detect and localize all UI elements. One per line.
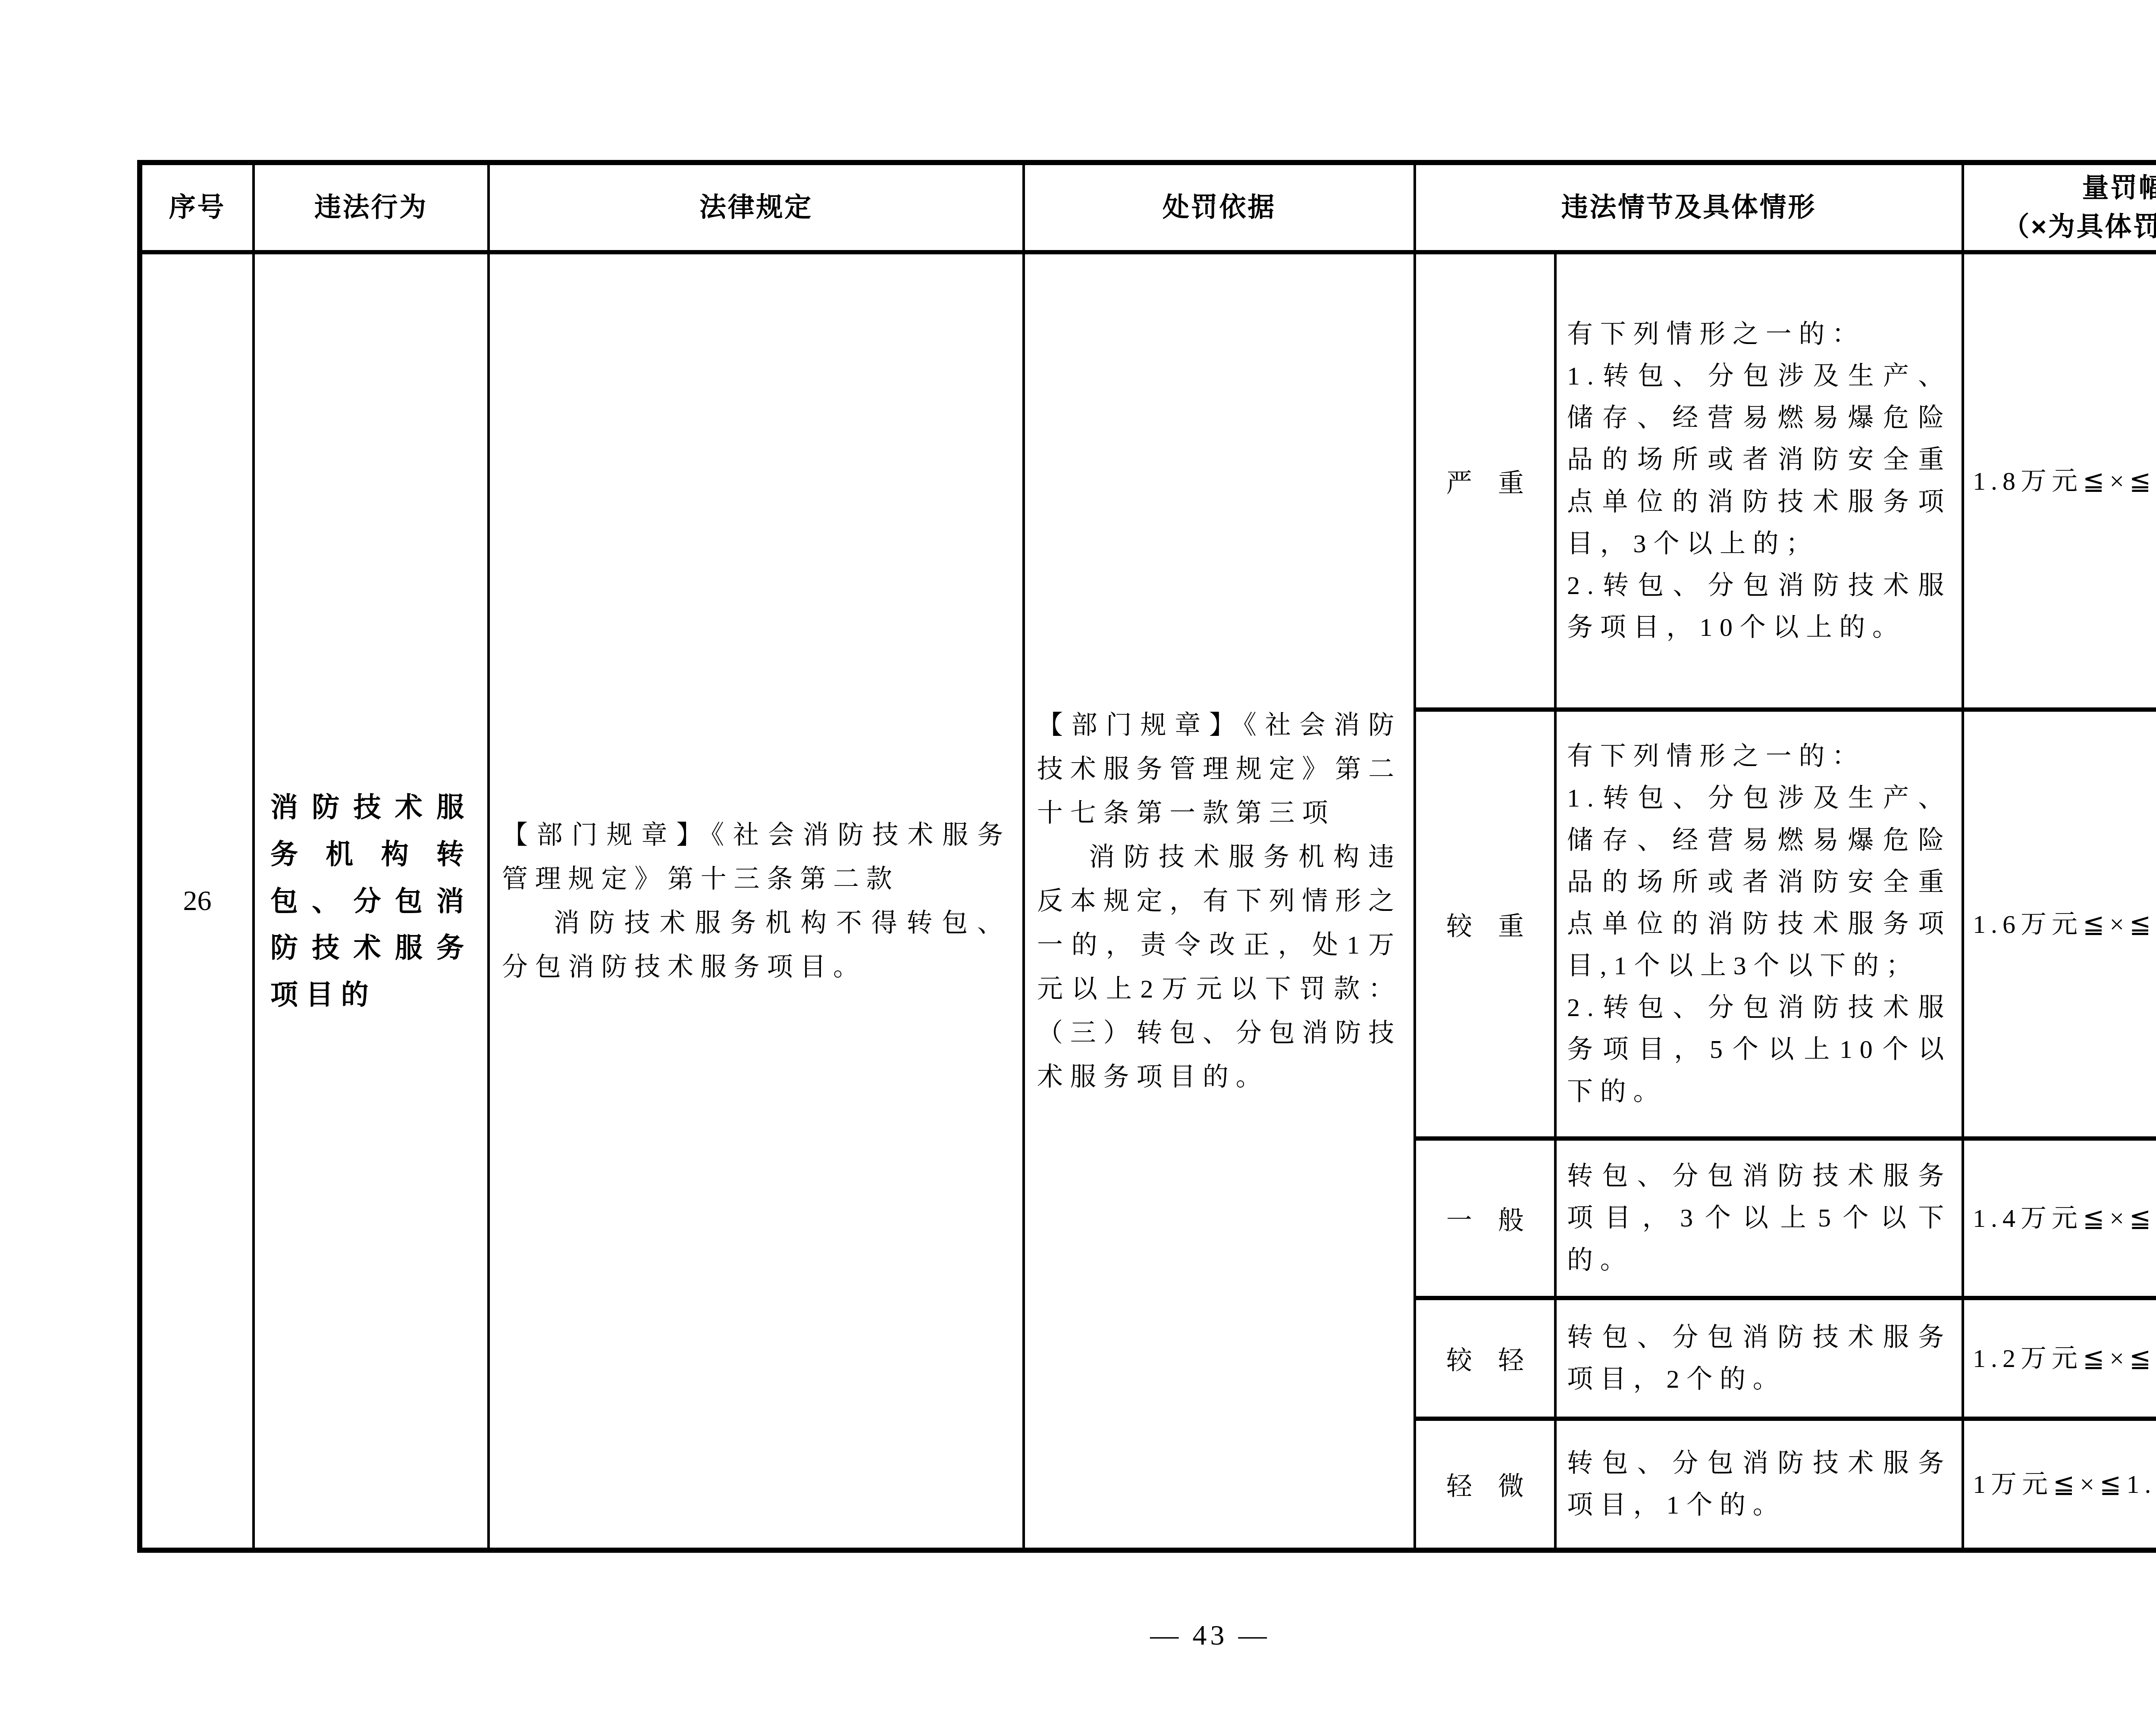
circumstance-desc-cell-lighter: 转包、分包消防技术服务项目，2个的。 <box>1557 1300 1964 1421</box>
illegal-act-text: 消防技术服务机构转包、分包消防技术服务项目的 <box>270 784 472 1018</box>
severity-level-cell-heavier: 较重 <box>1416 712 1557 1141</box>
header-illegal-act-label: 违法行为 <box>314 188 428 227</box>
header-penalty-range-line1: 量罚幅度 <box>2082 169 2156 208</box>
row-serial-number: 26 <box>183 885 212 917</box>
severity-level-cell-minor: 轻微 <box>1416 1421 1557 1548</box>
penalty-range-cell-lighter: 1.2万元≦×≦1.4万元 <box>1964 1300 2156 1421</box>
penalty-basis-cell: 【部门规章】《社会消防技术服务管理规定》第二十七条第一款第三项消防技术服务机构违… <box>1025 254 1416 1548</box>
penalty-range-severe: 1.8万元≦×≦2万元 <box>1973 460 2156 502</box>
severity-level-minor: 轻微 <box>1446 1466 1550 1503</box>
penalty-range-heavier: 1.6万元≦×≦1.8万元 <box>1973 904 2156 945</box>
severity-level-lighter: 较轻 <box>1446 1340 1550 1377</box>
header-penalty-range-line2: （×为具体罚款金额） <box>2002 208 2156 247</box>
circumstance-desc-cell-minor: 转包、分包消防技术服务项目，1个的。 <box>1557 1421 1964 1548</box>
severity-level-cell-severe: 严重 <box>1416 254 1557 712</box>
header-penalty-basis: 处罚依据 <box>1025 165 1416 254</box>
document-page: 序号 违法行为 法律规定 处罚依据 违法情节及具体情形 量罚幅度 （×为具体罚款… <box>0 0 2156 1711</box>
penalty-range-cell-severe: 1.8万元≦×≦2万元 <box>1964 254 2156 712</box>
circumstance-desc-cell-general: 转包、分包消防技术服务项目，3个以上5个以下的。 <box>1557 1141 1964 1300</box>
circumstance-desc-cell-heavier: 有下列情形之一的：1.转包、分包涉及生产、储存、经营易燃易爆危险品的场所或者消防… <box>1557 712 1964 1141</box>
header-serial-number: 序号 <box>142 165 255 254</box>
penalty-range-general: 1.4万元≦×≦1.6万元 <box>1973 1198 2156 1239</box>
header-legal-provision: 法律规定 <box>490 165 1025 254</box>
severity-level-severe: 严重 <box>1446 463 1550 500</box>
penalty-table: 序号 违法行为 法律规定 处罚依据 违法情节及具体情形 量罚幅度 （×为具体罚款… <box>137 160 2156 1553</box>
severity-level-cell-general: 一般 <box>1416 1141 1557 1300</box>
page-number: — 43 — <box>0 1619 2156 1652</box>
row-serial-number-cell: 26 <box>142 254 255 1548</box>
illegal-act-cell: 消防技术服务机构转包、分包消防技术服务项目的 <box>255 254 490 1548</box>
legal-provision-cell: 【部门规章】《社会消防技术服务管理规定》第十三条第二款消防技术服务机构不得转包、… <box>490 254 1025 1548</box>
penalty-range-lighter: 1.2万元≦×≦1.4万元 <box>1973 1338 2156 1379</box>
header-legal-provision-label: 法律规定 <box>699 188 813 227</box>
penalty-range-cell-heavier: 1.6万元≦×≦1.8万元 <box>1964 712 2156 1141</box>
severity-level-general: 一般 <box>1446 1200 1550 1237</box>
circumstance-desc-cell-severe: 有下列情形之一的：1.转包、分包涉及生产、储存、经营易燃易爆危险品的场所或者消防… <box>1557 254 1964 712</box>
header-illegal-act: 违法行为 <box>255 165 490 254</box>
severity-level-cell-lighter: 较轻 <box>1416 1300 1557 1421</box>
severity-level-heavier: 较重 <box>1446 906 1550 943</box>
header-penalty-basis-label: 处罚依据 <box>1163 188 1276 227</box>
header-circumstances-label: 违法情节及具体情形 <box>1561 188 1816 227</box>
header-circumstances: 违法情节及具体情形 <box>1416 165 1964 254</box>
penalty-range-minor: 1万元≦×≦1.2万元 <box>1973 1464 2156 1505</box>
header-penalty-range: 量罚幅度 （×为具体罚款金额） <box>1964 165 2156 254</box>
penalty-range-cell-minor: 1万元≦×≦1.2万元 <box>1964 1421 2156 1548</box>
penalty-range-cell-general: 1.4万元≦×≦1.6万元 <box>1964 1141 2156 1300</box>
header-serial-number-label: 序号 <box>169 188 226 227</box>
